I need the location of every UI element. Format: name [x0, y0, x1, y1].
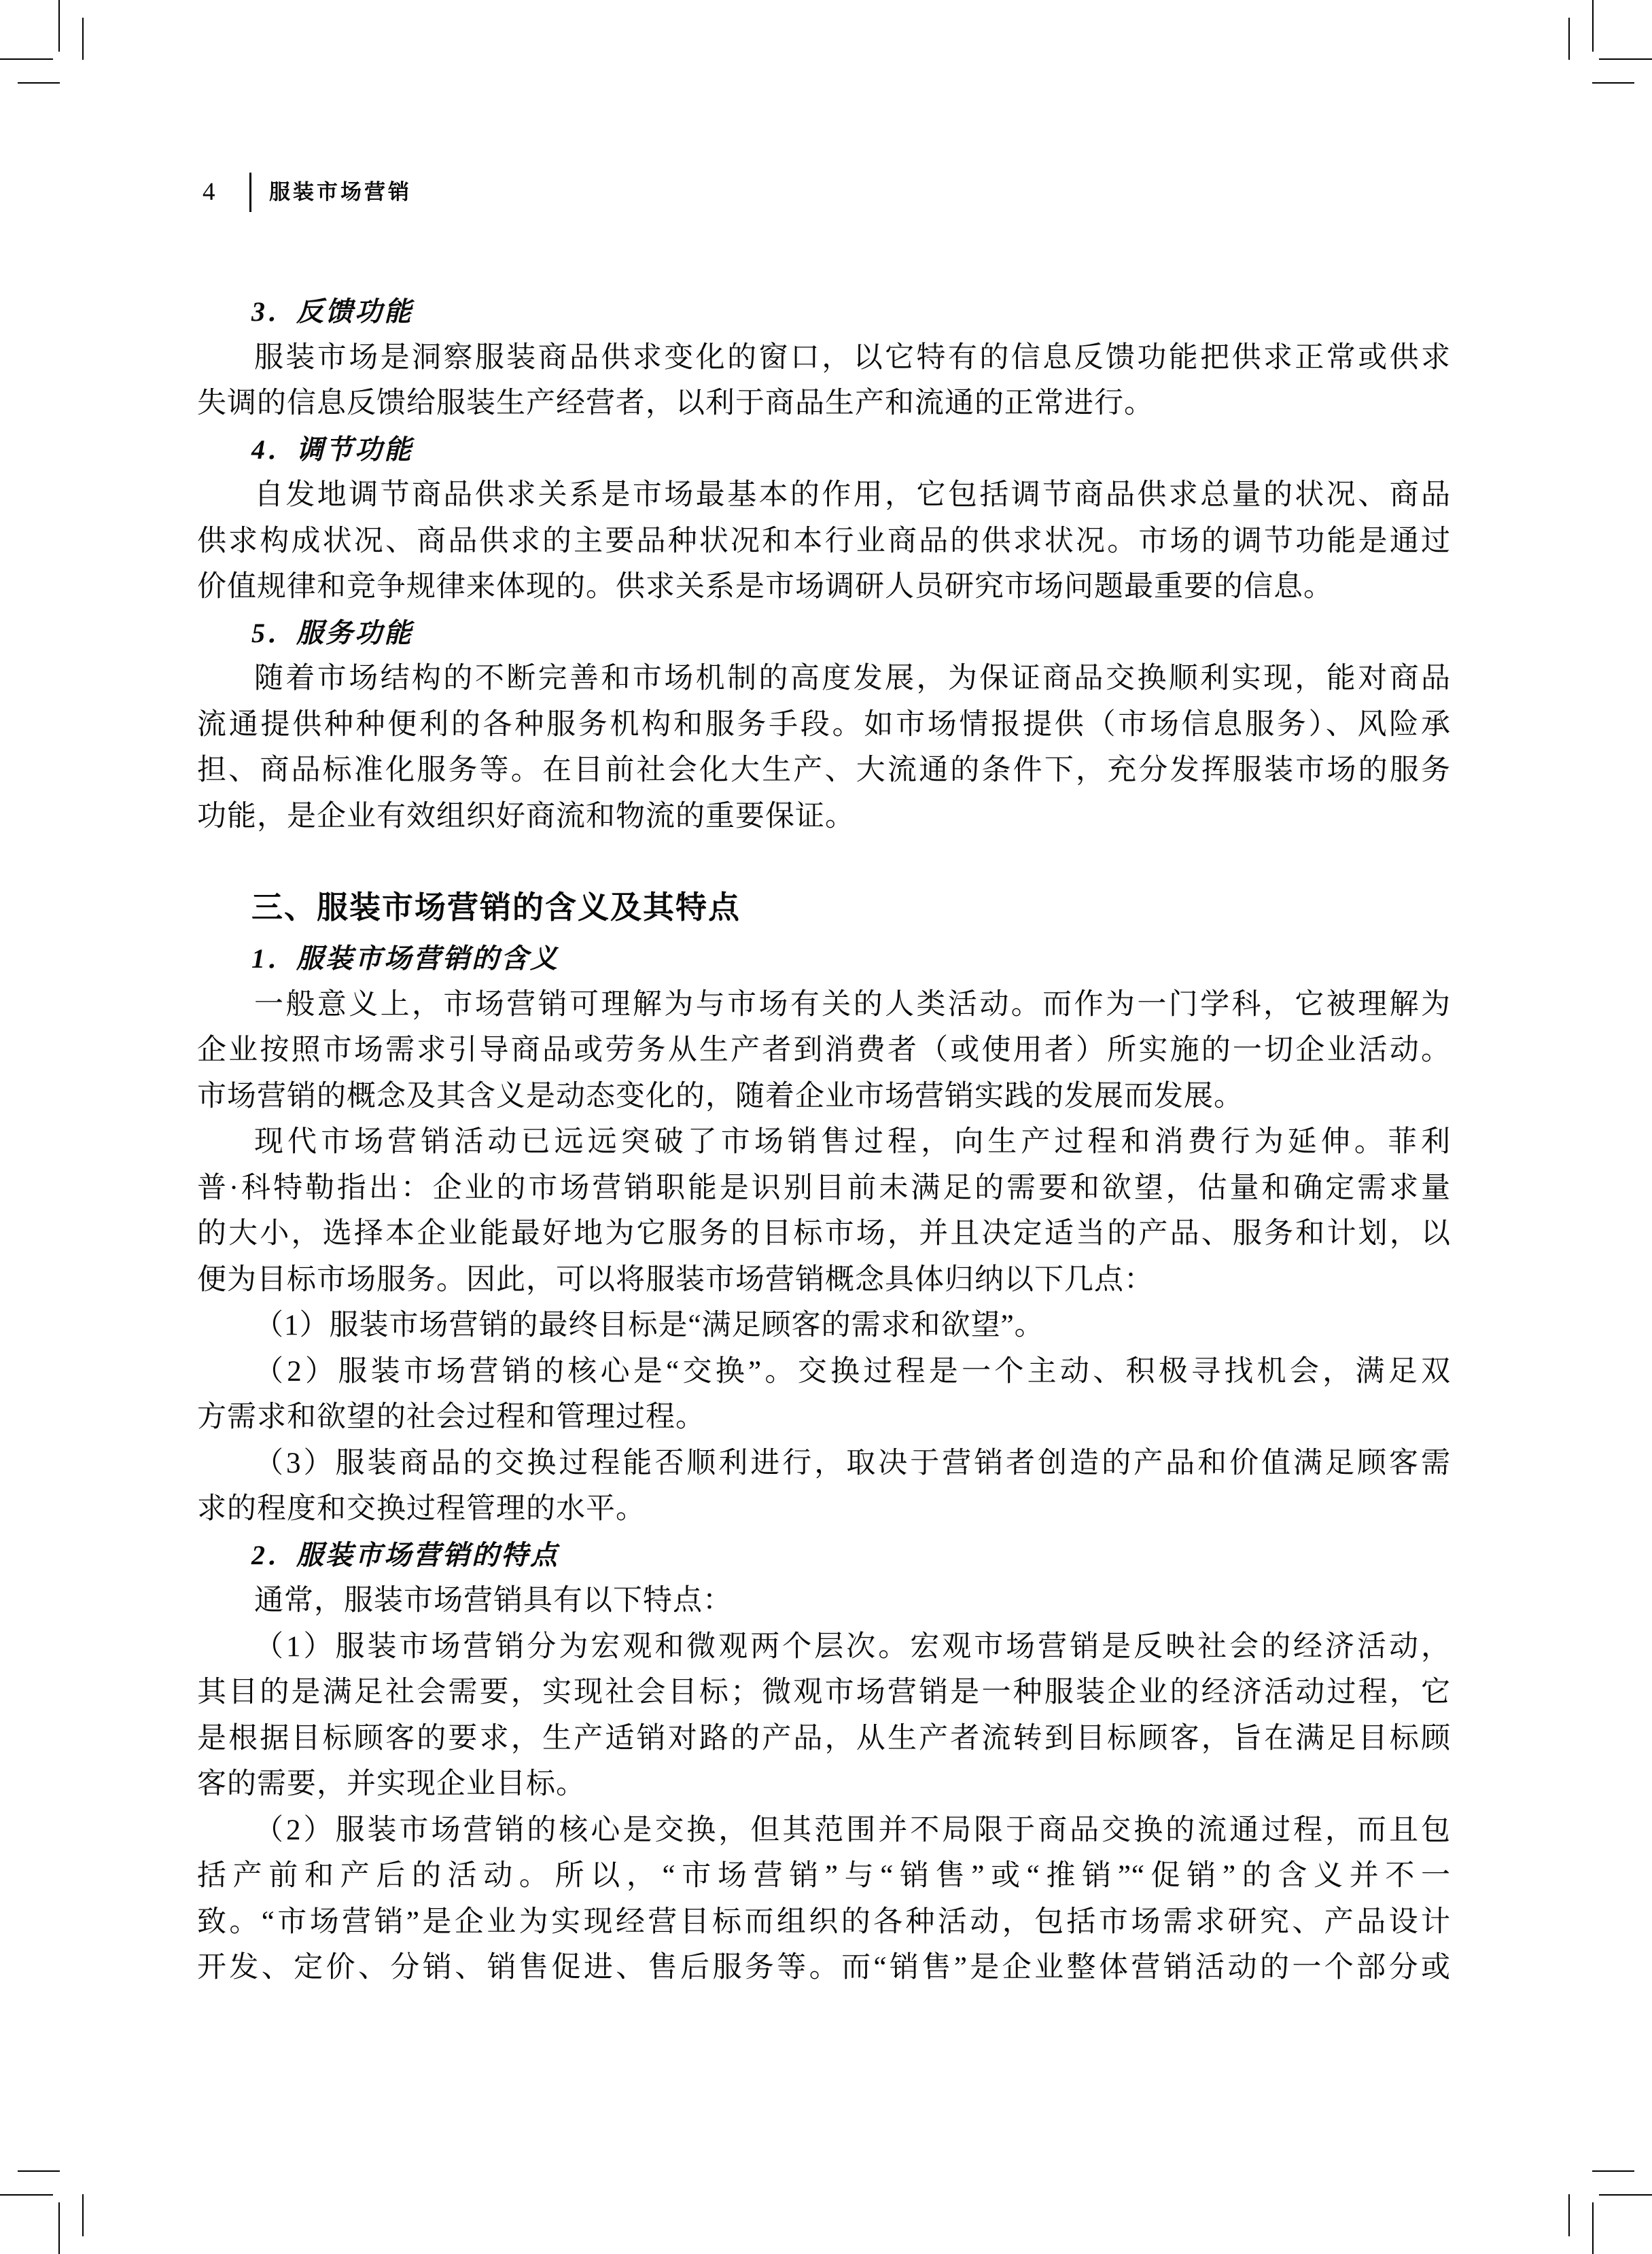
crop-mark-bottom-left-h1: [0, 2194, 53, 2196]
text-line: 自发地调节商品供求关系是市场最基本的作用，它包括调节商品供求总量的状况、商品: [197, 472, 1451, 518]
text-line: 功能，是企业有效组织好商流和物流的重要保证。: [197, 794, 1451, 840]
crop-mark-bottom-right-v2: [1568, 2194, 1570, 2236]
crop-mark-top-left-h1: [0, 58, 53, 60]
text-line: 普·科特勒指出：企业的市场营销职能是识别目前未满足的需要和欲望，估量和确定需求量: [197, 1165, 1451, 1212]
crop-mark-top-right-v1: [1592, 0, 1594, 52]
numbered-subheading: 2．服装市场营销的特点: [197, 1532, 1451, 1579]
text-line: 供求构成状况、商品供求的主要品种状况和本行业商品的供求状况。市场的调节功能是通过: [197, 518, 1451, 565]
header-divider: [249, 173, 251, 212]
scanned-book-page: { "page_header": { "page_number": "4", "…: [0, 0, 1652, 2254]
crop-mark-top-left-v1: [58, 0, 60, 52]
text-line: 便为目标市场服务。因此，可以将服装市场营销概念具体归纳以下几点：: [197, 1257, 1451, 1303]
text-line: 市场营销的概念及其含义是动态变化的，随着企业市场营销实践的发展而发展。: [197, 1074, 1451, 1120]
crop-mark-bottom-right-v1: [1592, 2202, 1594, 2254]
crop-mark-top-right-h2: [1592, 82, 1634, 84]
text-line: 是根据目标顾客的要求，生产适销对路的产品，从生产者流转到目标顾客，旨在满足目标顾: [197, 1716, 1451, 1762]
text-line: 价值规律和竞争规律来体现的。供求关系是市场调研人员研究市场问题最重要的信息。: [197, 564, 1451, 610]
text-line: （2）服装市场营销的核心是交换，但其范围并不局限于商品交换的流通过程，而且包: [197, 1808, 1451, 1854]
text-line: 通常，服装市场营销具有以下特点：: [197, 1578, 1451, 1624]
crop-mark-bottom-left-v1: [58, 2202, 60, 2254]
page-header: 4 服装市场营销: [0, 171, 1652, 219]
text-line: 担、商品标准化服务等。在目前社会化大生产、大流通的条件下，充分发挥服装市场的服务: [197, 747, 1451, 794]
text-line: 客的需要，并实现企业目标。: [197, 1761, 1451, 1808]
numbered-subheading: 3．反馈功能: [197, 289, 1451, 335]
text-line: （3）服装商品的交换过程能否顺利进行，取决于营销者创造的产品和价值满足顾客需: [197, 1441, 1451, 1487]
crop-mark-top-left-v2: [82, 18, 84, 60]
text-line: 现代市场营销活动已远远突破了市场销售过程，向生产过程和消费行为延伸。菲利: [197, 1119, 1451, 1165]
text-line: 失调的信息反馈给服装生产经营者，以利于商品生产和流通的正常进行。: [197, 381, 1451, 427]
numbered-subheading: 5．服务功能: [197, 610, 1451, 656]
crop-mark-bottom-right-h1: [1599, 2194, 1652, 2196]
section-heading: 三、服装市场营销的含义及其特点: [197, 883, 1451, 932]
book-title: 服装市场营销: [269, 179, 412, 206]
text-line: 其目的是满足社会需要，实现社会目标；微观市场营销是一种服装企业的经济活动过程，它: [197, 1670, 1451, 1716]
crop-mark-bottom-left-v2: [82, 2194, 84, 2236]
text-line: 服装市场是洞察服装商品供求变化的窗口，以它特有的信息反馈功能把供求正常或供求: [197, 335, 1451, 381]
text-line: 括产前和产后的活动。所以，“市场营销”与“销售”或“推销”“促销”的含义并不一: [197, 1853, 1451, 1899]
text-line: 一般意义上，市场营销可理解为与市场有关的人类活动。而作为一门学科，它被理解为: [197, 982, 1451, 1028]
text-line: （1）服装市场营销的最终目标是“满足顾客的需求和欲望”。: [197, 1303, 1451, 1349]
crop-mark-bottom-left-h2: [18, 2170, 60, 2172]
content-lines: 3．反馈功能服装市场是洞察服装商品供求变化的窗口，以它特有的信息反馈功能把供求正…: [197, 289, 1451, 1991]
numbered-subheading: 1．服装市场营销的含义: [197, 936, 1451, 982]
text-line: 方需求和欲望的社会过程和管理过程。: [197, 1394, 1451, 1441]
text-line: 的大小，选择本企业能最好地为它服务的目标市场，并且决定适当的产品、服务和计划，以: [197, 1211, 1451, 1257]
page-number: 4: [203, 175, 215, 209]
crop-mark-top-right-h1: [1599, 58, 1652, 60]
text-line: 致。“市场营销”是企业为实现经营目标而组织的各种活动，包括市场需求研究、产品设计: [197, 1899, 1451, 1945]
crop-mark-bottom-right-h2: [1592, 2170, 1634, 2172]
text-line: 企业按照市场需求引导商品或劳务从生产者到消费者（或使用者）所实施的一切企业活动。: [197, 1027, 1451, 1074]
crop-mark-top-left-h2: [18, 82, 60, 84]
text-line: 开发、定价、分销、销售促进、售后服务等。而“销售”是企业整体营销活动的一个部分或: [197, 1945, 1451, 1991]
text-line: 随着市场结构的不断完善和市场机制的高度发展，为保证商品交换顺利实现，能对商品: [197, 656, 1451, 702]
crop-mark-top-right-v2: [1568, 18, 1570, 60]
text-line: （1）服装市场营销分为宏观和微观两个层次。宏观市场营销是反映社会的经济活动，: [197, 1624, 1451, 1670]
text-line: 求的程度和交换过程管理的水平。: [197, 1486, 1451, 1532]
numbered-subheading: 4．调节功能: [197, 427, 1451, 473]
text-line: （2）服装市场营销的核心是“交换”。交换过程是一个主动、积极寻找机会，满足双: [197, 1349, 1451, 1395]
text-line: 流通提供种种便利的各种服务机构和服务手段。如市场情报提供（市场信息服务）、风险承: [197, 702, 1451, 748]
